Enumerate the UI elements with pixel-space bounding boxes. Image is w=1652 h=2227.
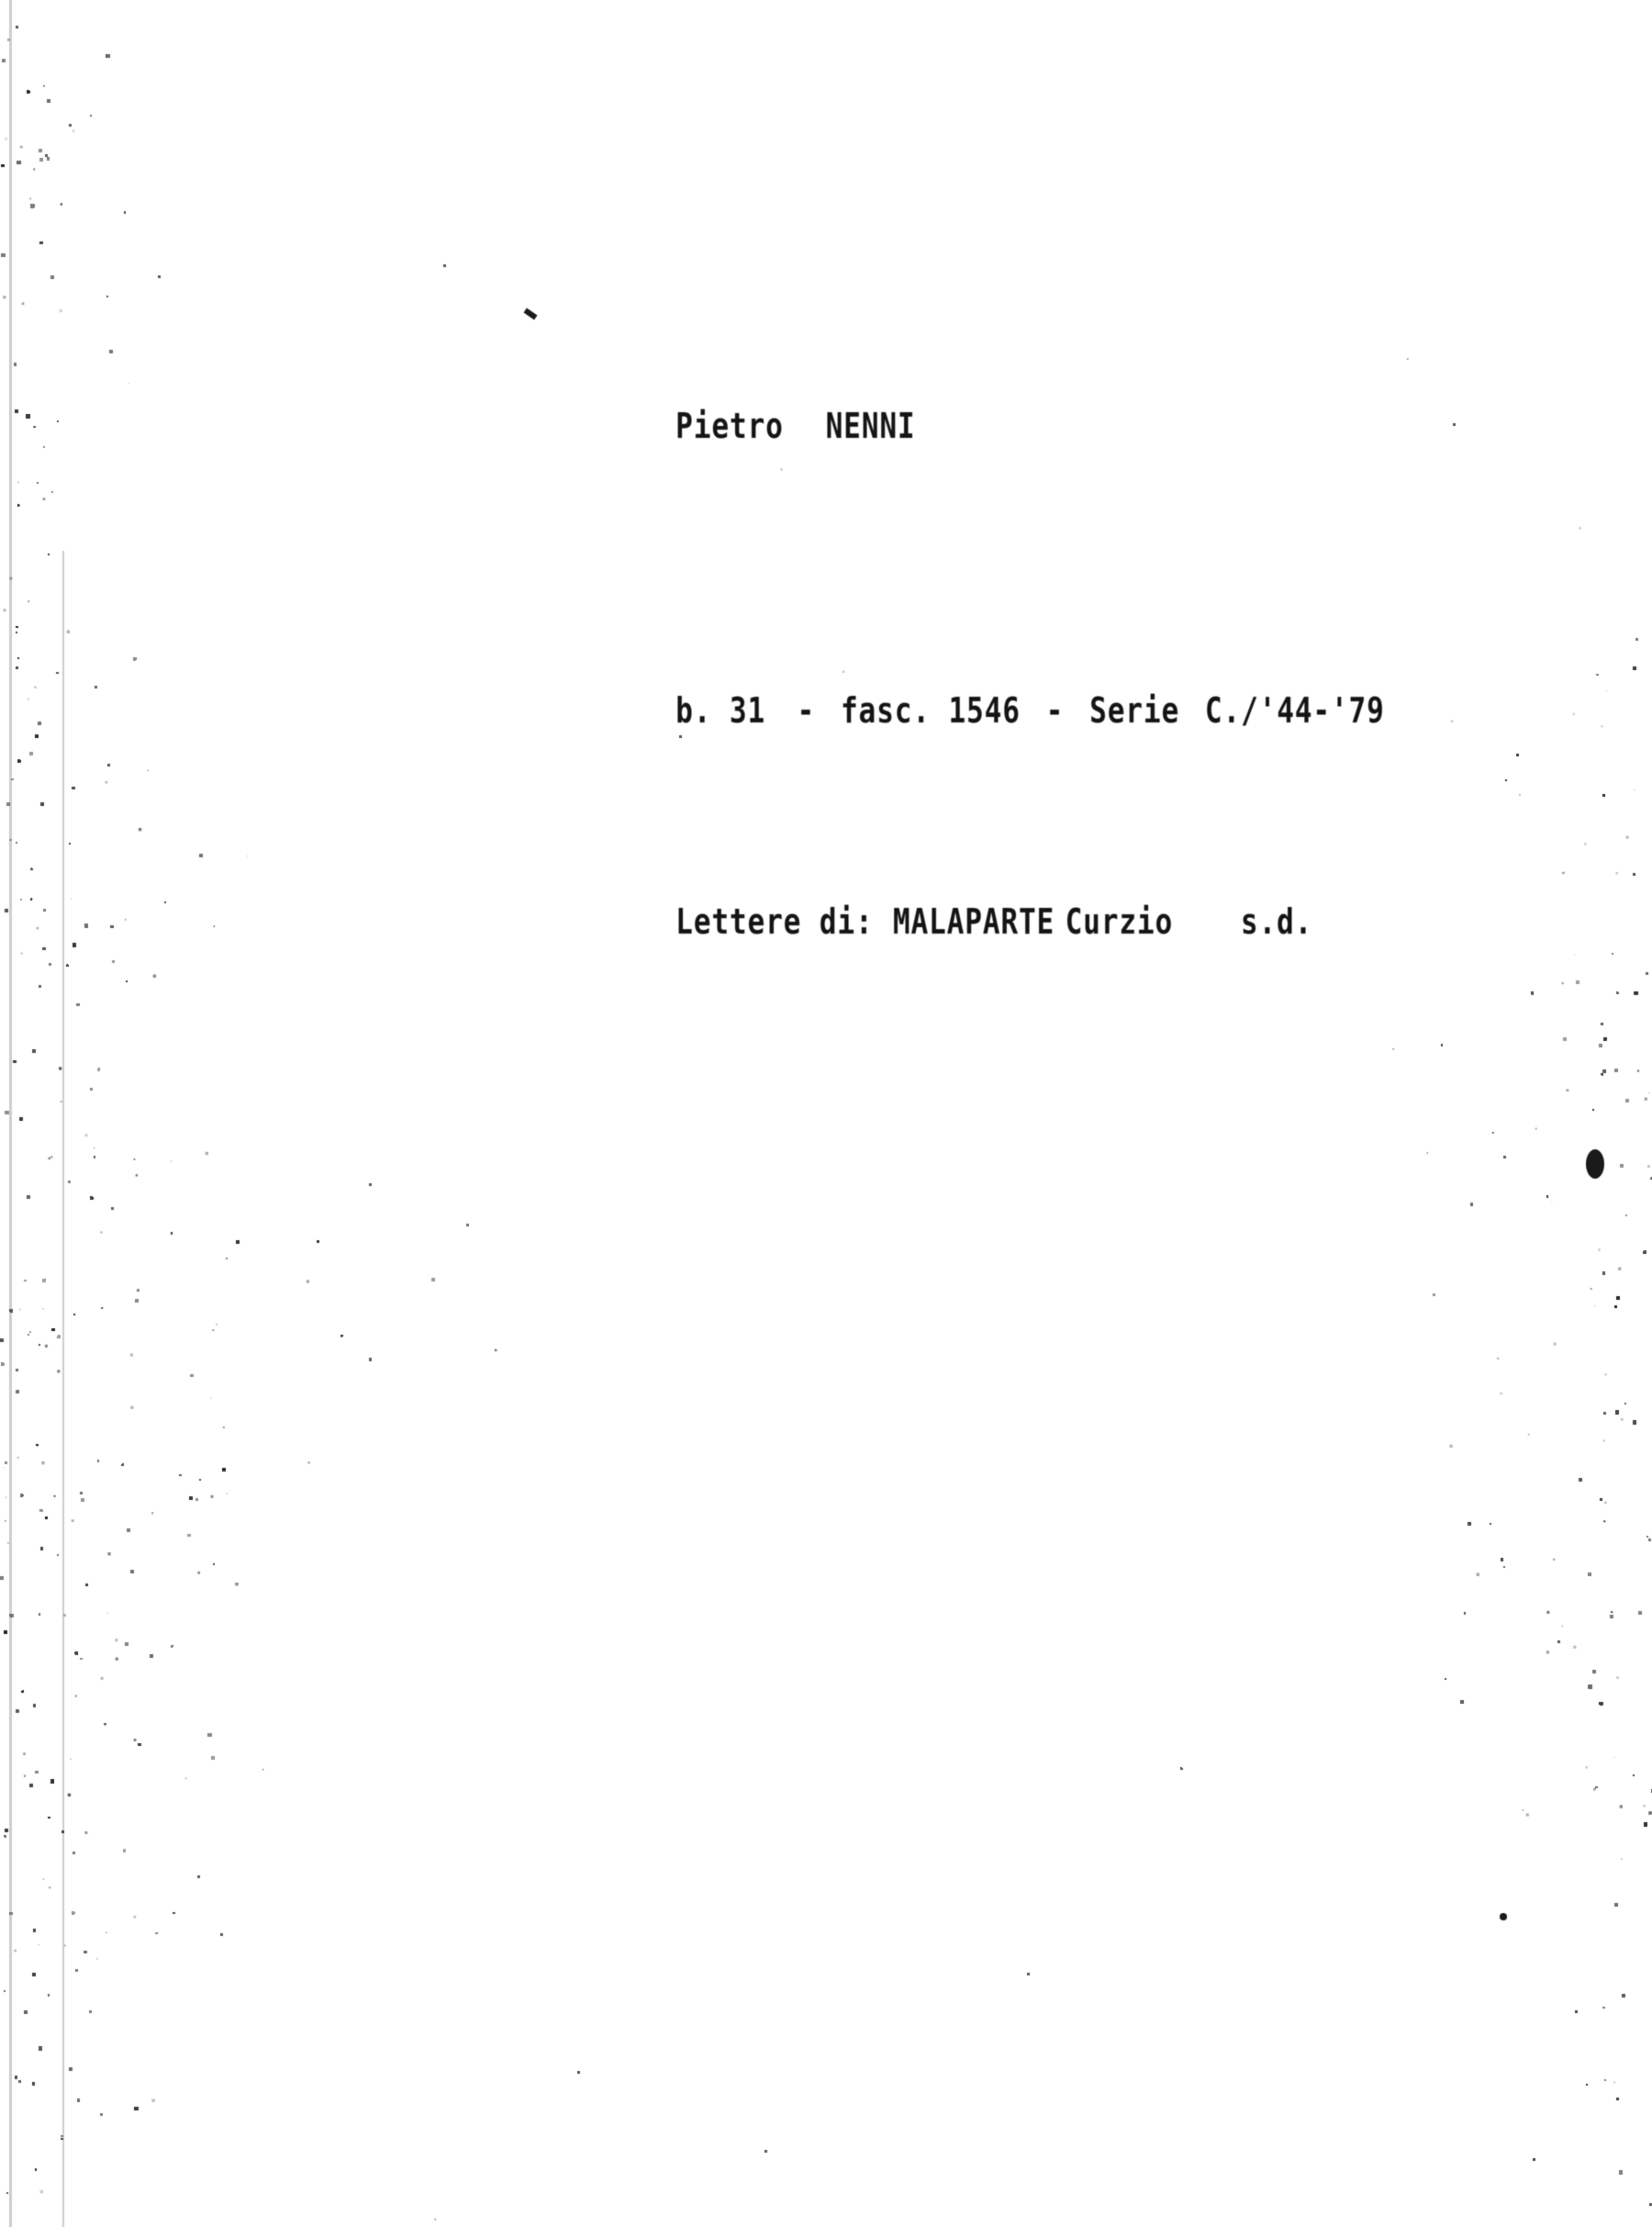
fascicolo-number: fasc. 1546 — [841, 690, 1021, 731]
person-name-heading: PietroNENNI — [640, 365, 915, 446]
separator: - — [798, 690, 816, 731]
first-name: Pietro — [675, 406, 783, 446]
scan-noise-background — [0, 0, 1652, 2227]
letters-description: Lettere di:MALAPARTECurzios.d. — [640, 861, 1312, 942]
correspondent-surname: MALAPARTE — [893, 901, 1055, 942]
letters-label: Lettere di: — [675, 901, 873, 942]
serie-code: C./'44-'79 — [1205, 690, 1385, 731]
busta-number: b. 31 — [675, 690, 765, 731]
separator: - — [1046, 690, 1065, 731]
archive-reference: b. 31-fasc. 1546-SerieC./'44-'79 — [640, 650, 1385, 731]
surname: NENNI — [826, 406, 916, 446]
serie-label: Serie — [1089, 690, 1179, 731]
correspondent-first-name: Curzio — [1066, 901, 1173, 942]
letter-date: s.d. — [1241, 901, 1312, 942]
